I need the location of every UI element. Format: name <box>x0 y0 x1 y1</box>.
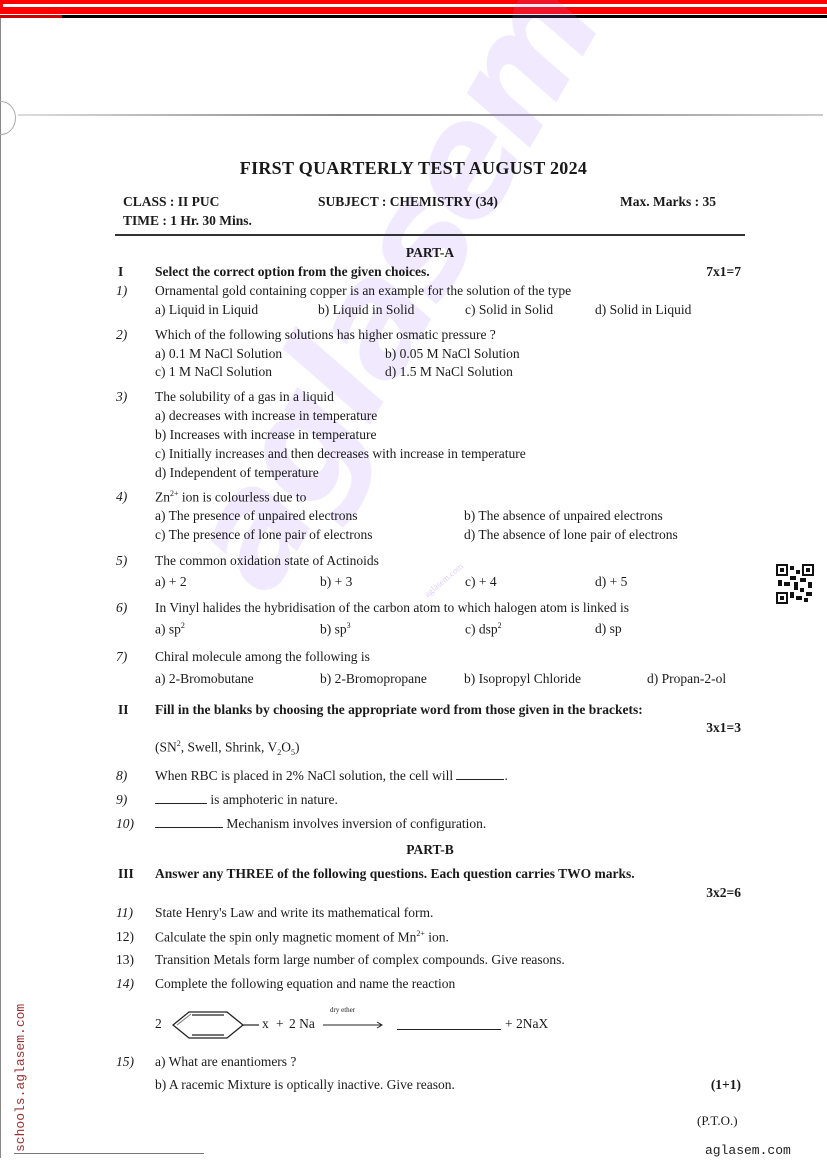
question-14-text: Complete the following equation and name… <box>155 976 455 992</box>
header-rule <box>18 114 823 116</box>
footer-url: aglasem.com <box>705 1143 791 1158</box>
footer-rule <box>14 1153 204 1154</box>
subject-label: SUBJECT : CHEMISTRY (34) <box>318 194 498 210</box>
question-number: 14) <box>116 976 134 992</box>
exam-title: FIRST QUARTERLY TEST AUGUST 2024 <box>0 158 827 179</box>
option: c) The presence of lone pair of electron… <box>155 527 373 543</box>
question-number: 15) <box>116 1054 134 1070</box>
section-3-number: III <box>118 866 134 882</box>
reaction-equation: 2 x + 2 Na dry ether + 2NaX <box>155 1010 575 1040</box>
question-13-text: Transition Metals form large number of c… <box>155 952 565 968</box>
question-2-text: Which of the following solutions has hig… <box>155 327 496 343</box>
question-3-text: The solubility of a gas in a liquid <box>155 389 334 405</box>
blank-choices: (SN2, Swell, Shrink, V2O5) <box>155 739 300 757</box>
option: b) Isopropyl Chloride <box>464 671 581 687</box>
option: a) The presence of unpaired electrons <box>155 508 358 524</box>
question-number: 3) <box>116 389 127 405</box>
section-3-instruction: Answer any THREE of the following questi… <box>155 866 635 882</box>
q4-rest: ion is colourless due to <box>179 490 307 505</box>
section-2-marks: 3x1=3 <box>706 720 741 736</box>
question-number: 6) <box>116 600 127 616</box>
equation-coefficient: 2 <box>155 1016 162 1032</box>
option: d) Independent of temperature <box>155 465 319 481</box>
question-5-text: The common oxidation state of Actinoids <box>155 553 379 569</box>
question-15b-text: b) A racemic Mixture is optically inacti… <box>155 1077 455 1093</box>
answer-blank <box>155 792 207 804</box>
section-2-instruction: Fill in the blanks by choosing the appro… <box>155 702 643 718</box>
option: c) dsp2 <box>465 621 502 638</box>
option: b) sp3 <box>320 621 351 638</box>
top-bar-accent <box>0 15 62 18</box>
reagent: 2 Na <box>289 1016 315 1032</box>
header-divider <box>115 234 745 236</box>
time-label: TIME : 1 Hr. 30 Mins. <box>123 213 252 229</box>
question-7-text: Chiral molecule among the following is <box>155 649 370 665</box>
top-black-rule <box>62 15 827 18</box>
answer-blank <box>456 768 504 780</box>
option: a) 0.1 M NaCl Solution <box>155 346 282 362</box>
option: c) 1 M NaCl Solution <box>155 364 272 380</box>
option: a) + 2 <box>155 574 187 590</box>
option: d) 1.5 M NaCl Solution <box>385 364 513 380</box>
punch-hole-icon <box>0 101 16 135</box>
option: d) The absence of lone pair of electrons <box>464 527 678 543</box>
option: a) sp2 <box>155 621 185 638</box>
benzene-ring-icon <box>171 1010 261 1040</box>
question-number: 10) <box>116 816 134 832</box>
question-number: 8) <box>116 768 127 784</box>
section-1-number: I <box>118 264 123 280</box>
option: b) + 3 <box>320 574 352 590</box>
question-1-text: Ornamental gold containing copper is an … <box>155 283 571 299</box>
option: d) + 5 <box>595 574 627 590</box>
option: c) Initially increases and then decrease… <box>155 446 526 462</box>
option: b) Increases with increase in temperatur… <box>155 427 377 443</box>
top-bar-stripe <box>3 4 827 7</box>
question-number: 5) <box>116 553 127 569</box>
section-1-instruction: Select the correct option from the given… <box>155 264 430 280</box>
qr-code-icon[interactable] <box>776 564 814 604</box>
section-1-marks: 7x1=7 <box>706 264 741 280</box>
question-number: 7) <box>116 649 127 665</box>
q4-sup: 2+ <box>170 489 179 498</box>
option: d) Solid in Liquid <box>595 302 691 318</box>
question-15-marks: (1+1) <box>711 1077 741 1093</box>
option: b) 0.05 M NaCl Solution <box>385 346 520 362</box>
question-number: 13) <box>116 952 134 968</box>
question-number: 12) <box>116 929 134 945</box>
question-8-text: When RBC is placed in 2% NaCl solution, … <box>155 768 508 784</box>
question-number: 11) <box>116 905 133 921</box>
option: d) sp <box>595 621 622 637</box>
option: a) Liquid in Liquid <box>155 302 258 318</box>
max-marks-label: Max. Marks : 35 <box>620 194 716 210</box>
reaction-arrow-icon <box>323 1020 385 1030</box>
question-12-text: Calculate the spin only magnetic moment … <box>155 929 449 946</box>
equation-product-tail: + 2NaX <box>505 1016 548 1032</box>
q4-main: Zn <box>155 490 170 505</box>
class-label: CLASS : II PUC <box>123 194 219 210</box>
section-2-number: II <box>118 702 129 718</box>
question-10-text: Mechanism involves inversion of configur… <box>155 816 486 832</box>
question-4-text: Zn2+ ion is colourless due to <box>155 489 306 506</box>
part-a-heading: PART-A <box>0 245 827 261</box>
answer-blank <box>155 816 223 828</box>
side-url: schools.aglasem.com <box>13 1004 28 1152</box>
product-blank <box>397 1018 501 1030</box>
option: c) + 4 <box>465 574 497 590</box>
option: b) 2-Bromopropane <box>320 671 427 687</box>
option: b) Liquid in Solid <box>318 302 414 318</box>
reaction-condition: dry ether <box>330 1006 355 1014</box>
watermark-small: aglasem.com <box>422 561 465 599</box>
substituent: x <box>262 1016 269 1032</box>
part-b-heading: PART-B <box>0 842 827 858</box>
question-number: 9) <box>116 792 127 808</box>
option: a) 2-Bromobutane <box>155 671 254 687</box>
page-left-edge <box>0 18 1 1158</box>
option: c) Solid in Solid <box>465 302 553 318</box>
question-9-text: is amphoteric in nature. <box>155 792 338 808</box>
option: d) Propan-2-ol <box>647 671 726 687</box>
section-3-marks: 3x2=6 <box>706 885 741 901</box>
question-number: 1) <box>116 283 127 299</box>
plus-sign: + <box>276 1016 284 1032</box>
question-15a-text: a) What are enantiomers ? <box>155 1054 296 1070</box>
option: b) The absence of unpaired electrons <box>464 508 663 524</box>
option: a) decreases with increase in temperatur… <box>155 408 377 424</box>
question-6-text: In Vinyl halides the hybridisation of th… <box>155 600 629 616</box>
question-number: 4) <box>116 489 127 505</box>
top-red-bar <box>0 0 827 14</box>
question-number: 2) <box>116 327 127 343</box>
question-11-text: State Henry's Law and write its mathemat… <box>155 905 433 921</box>
pto-note: (P.T.O.) <box>697 1113 738 1129</box>
